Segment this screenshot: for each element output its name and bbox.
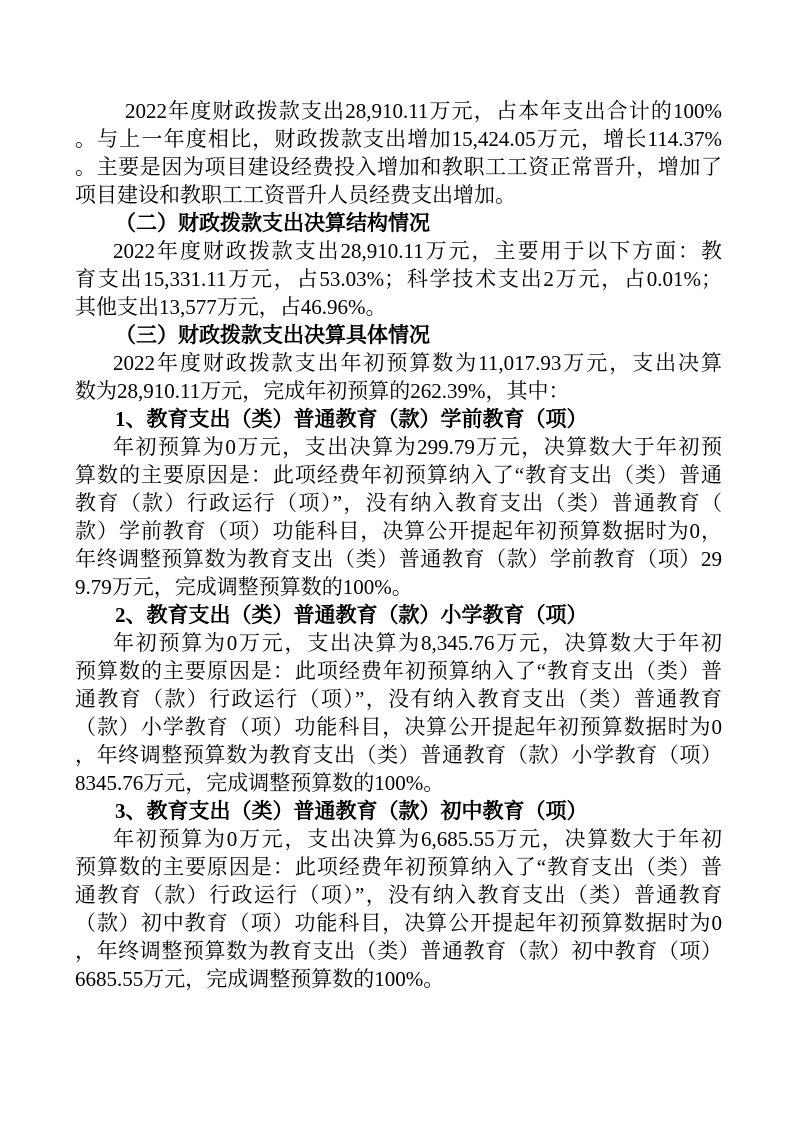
text-line: 。主要是因为项目建设经费投入增加和教职工工资正常晋升，增加了: [75, 153, 722, 181]
text-line: 通教育（款）行政运行（项）”，没有纳入教育支出（类）普通教育: [75, 881, 722, 909]
text-line: 年终调整预算数为教育支出（类）普通教育（款）学前教育（项）29: [75, 545, 722, 573]
text-line: 年初预算为0万元，支出决算为299.79万元，决算数大于年初预: [75, 433, 722, 461]
para-item-2-primary-education: 年初预算为0万元，支出决算为8,345.76万元，决算数大于年初 预算数的主要原…: [75, 629, 722, 797]
text-line: 预算数的主要原因是：此项经费年初预算纳入了“教育支出（类）普: [75, 657, 722, 685]
text-line: 教育（款）行政运行（项）”，没有纳入教育支出（类）普通教育（: [75, 489, 722, 517]
text-line: ，年终调整预算数为教育支出（类）普通教育（款）小学教育（项）: [75, 741, 722, 769]
item-heading: 1、教育支出（类）普通教育（款）学前教育（项）: [75, 405, 722, 433]
text-line: 2022年度财政拨款支出28,910.11万元，主要用于以下方面：教: [75, 237, 722, 265]
heading-expenditure-details: （三）财政拨款支出决算具体情况: [75, 321, 722, 349]
document-page: 2022年度财政拨款支出28,910.11万元，占本年支出合计的100% 。与上…: [0, 0, 793, 1122]
section-heading: （二）财政拨款支出决算结构情况: [75, 209, 722, 237]
text-line: ，年终调整预算数为教育支出（类）普通教育（款）初中教育（项）: [75, 937, 722, 965]
text-line: 9.79万元，完成调整预算数的100%。: [75, 573, 722, 601]
text-line: 项目建设和教职工工资晋升人员经费支出增加。: [75, 181, 722, 209]
document-body: 2022年度财政拨款支出28,910.11万元，占本年支出合计的100% 。与上…: [75, 97, 722, 993]
section-heading: （三）财政拨款支出决算具体情况: [75, 321, 722, 349]
item-heading: 3、教育支出（类）普通教育（款）初中教育（项）: [75, 797, 722, 825]
para-appropriation-vs-last-year: 2022年度财政拨款支出28,910.11万元，占本年支出合计的100% 。与上…: [75, 97, 722, 209]
text-line: 款）学前教育（项）功能科目，决算公开提起年初预算数据时为0，: [75, 517, 722, 545]
text-line: 。与上一年度相比，财政拨款支出增加15,424.05万元，增长114.37%: [75, 125, 722, 153]
text-line: 数为28,910.11万元，完成年初预算的262.39%，其中：: [75, 377, 722, 405]
para-expenditure-structure: 2022年度财政拨款支出28,910.11万元，主要用于以下方面：教 育支出15…: [75, 237, 722, 321]
text-line: 年初预算为0万元，支出决算为8,345.76万元，决算数大于年初: [75, 629, 722, 657]
text-line: 其他支出13,577万元，占46.96%。: [75, 293, 722, 321]
text-line: 8345.76万元，完成调整预算数的100%。: [75, 769, 722, 797]
para-item-1-preschool-education: 年初预算为0万元，支出决算为299.79万元，决算数大于年初预 算数的主要原因是…: [75, 433, 722, 601]
para-item-3-junior-high-education: 年初预算为0万元，支出决算为6,685.55万元，决算数大于年初 预算数的主要原…: [75, 825, 722, 993]
heading-item-3-junior-high-education: 3、教育支出（类）普通教育（款）初中教育（项）: [75, 797, 722, 825]
text-line: 年初预算为0万元，支出决算为6,685.55万元，决算数大于年初: [75, 825, 722, 853]
heading-item-1-preschool-education: 1、教育支出（类）普通教育（款）学前教育（项）: [75, 405, 722, 433]
text-line: 通教育（款）行政运行（项）”，没有纳入教育支出（类）普通教育: [75, 685, 722, 713]
item-heading: 2、教育支出（类）普通教育（款）小学教育（项）: [75, 601, 722, 629]
text-line: （款）初中教育（项）功能科目，决算公开提起年初预算数据时为0: [75, 909, 722, 937]
text-line: 预算数的主要原因是：此项经费年初预算纳入了“教育支出（类）普: [75, 853, 722, 881]
text-line: 2022年度财政拨款支出年初预算数为11,017.93万元，支出决算: [75, 349, 722, 377]
text-line: （款）小学教育（项）功能科目，决算公开提起年初预算数据时为0: [75, 713, 722, 741]
text-line: 6685.55万元，完成调整预算数的100%。: [75, 965, 722, 993]
heading-item-2-primary-education: 2、教育支出（类）普通教育（款）小学教育（项）: [75, 601, 722, 629]
text-line: 育支出15,331.11万元，占53.03%；科学技术支出2万元，占0.01%；: [75, 265, 722, 293]
text-line: 2022年度财政拨款支出28,910.11万元，占本年支出合计的100%: [75, 97, 722, 125]
text-line: 算数的主要原因是：此项经费年初预算纳入了“教育支出（类）普通: [75, 461, 722, 489]
heading-expenditure-structure: （二）财政拨款支出决算结构情况: [75, 209, 722, 237]
para-expenditure-details-intro: 2022年度财政拨款支出年初预算数为11,017.93万元，支出决算 数为28,…: [75, 349, 722, 405]
